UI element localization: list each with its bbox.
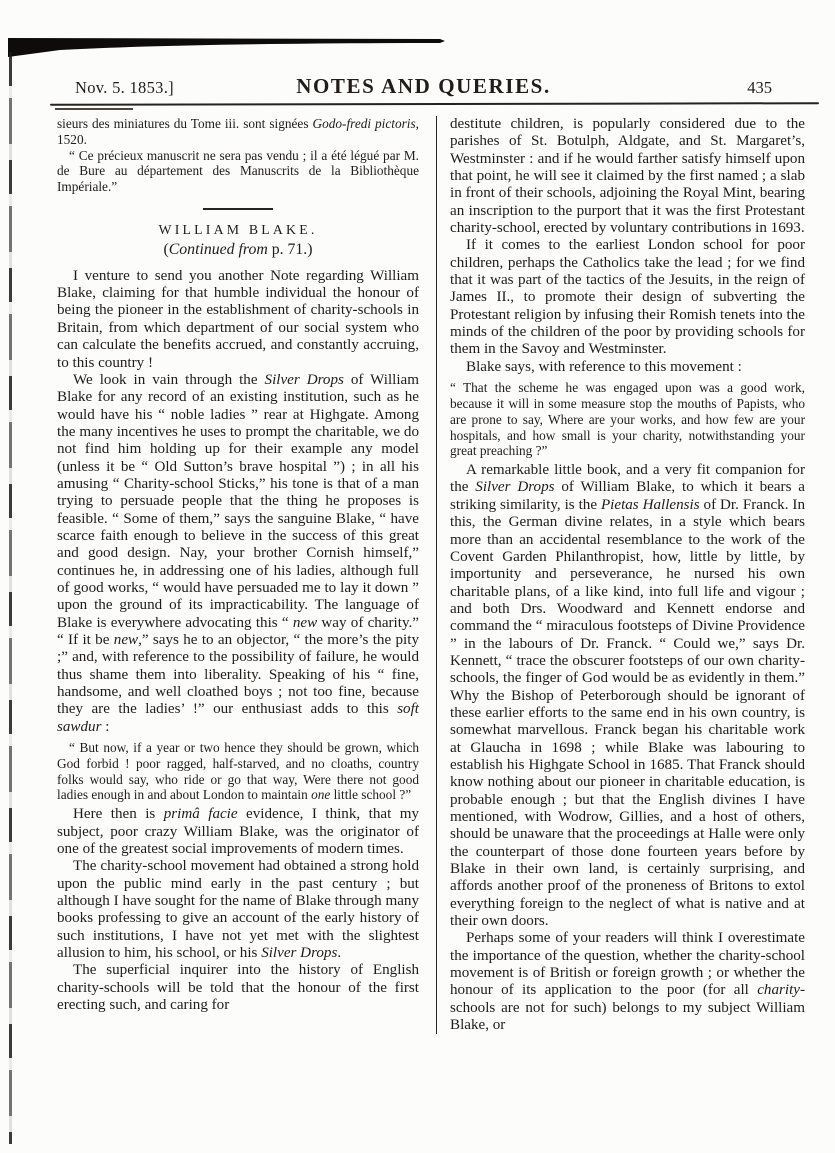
italic-text: new (114, 632, 138, 648)
masthead-rule-dash (55, 108, 133, 110)
issue-date: Nov. 5. 1853.] (75, 78, 247, 98)
text-run: If it comes to the earliest London schoo… (450, 237, 805, 357)
scanned-page: Nov. 5. 1853.] NOTES AND QUERIES. 435 si… (0, 0, 835, 1153)
right-column: destitute children, is popularly conside… (436, 116, 805, 1034)
paragraph: I venture to send you another Note regar… (57, 268, 419, 372)
french-quote-continuation: sieurs des miniatures du Tome iii. sont … (57, 116, 419, 148)
article-continuation-note: (Continued from p. 71.) (57, 241, 419, 259)
italic-text: Silver Drops (475, 479, 554, 495)
masthead-rule (50, 102, 819, 106)
text-run: little school ?” (330, 787, 411, 802)
text-run: p. 71.) (268, 241, 313, 258)
scan-artifact-left-edge (9, 52, 12, 1144)
italic-text: one (311, 787, 330, 802)
text-run: sieurs des miniatures du Tome iii. sont … (57, 116, 312, 131)
italic-text: primâ facie (164, 806, 238, 822)
paragraph: Here then is primâ facie evidence, I thi… (57, 806, 419, 858)
italic-text: Pietas Hallensis (601, 497, 700, 513)
blockquote: “ That the scheme he was engaged upon wa… (450, 380, 805, 459)
scan-artifact-top-wedge (0, 0, 460, 80)
section-separator-rule (203, 208, 273, 210)
article-title: WILLIAM BLAKE. (57, 222, 419, 238)
paragraph: A remarkable little book, and a very fit… (450, 462, 805, 930)
left-column: sieurs des miniatures du Tome iii. sont … (57, 116, 436, 1034)
text-run: destitute children, is popularly conside… (450, 116, 805, 236)
text-run: Blake says, with reference to this movem… (466, 359, 742, 375)
paragraph: Blake says, with reference to this movem… (450, 359, 805, 376)
text-run: . (337, 945, 341, 961)
paragraph: We look in vain through the Silver Drops… (57, 372, 419, 736)
text-run: of William Blake for any record of an ex… (57, 372, 419, 631)
paragraph: The charity-school movement had obtained… (57, 858, 419, 962)
paragraph: Perhaps some of your readers will think … (450, 930, 805, 1034)
italic-text: new (293, 615, 317, 631)
text-run: Here then is (73, 806, 164, 822)
paragraph: destitute children, is popularly conside… (450, 116, 805, 237)
text-run: “ That the scheme he was engaged upon wa… (450, 380, 805, 458)
italic-text: Silver Drops (265, 372, 344, 388)
text-run: I venture to send you another Note regar… (57, 268, 419, 371)
italic-text: Silver Drops (261, 945, 337, 961)
blockquote: “ But now, if a year or two hence they s… (57, 740, 419, 803)
text-run: “ Ce précieux manuscrit ne sera pas vend… (57, 148, 419, 195)
italic-text: charity (757, 982, 800, 998)
article-body: sieurs des miniatures du Tome iii. sont … (57, 116, 805, 1034)
text-run: We look in vain through the (73, 372, 265, 388)
paragraph: The superficial inquirer into the histor… (57, 962, 419, 1014)
italic-text: Godo-fredi pictoris (312, 116, 415, 131)
french-quote: “ Ce précieux manuscrit ne sera pas vend… (57, 148, 419, 195)
paragraph: If it comes to the earliest London schoo… (450, 237, 805, 358)
publication-title: NOTES AND QUERIES. (247, 74, 600, 99)
masthead: Nov. 5. 1853.] NOTES AND QUERIES. 435 (75, 74, 772, 99)
text-run: The superficial inquirer into the histor… (57, 962, 419, 1013)
italic-text: Continued from (169, 241, 268, 258)
text-run: Perhaps some of your readers will think … (450, 930, 805, 998)
text-run: of Dr. Franck. In this, the German divin… (450, 497, 805, 929)
text-run: The charity-school movement had obtained… (57, 858, 419, 961)
page-number: 435 (600, 78, 772, 98)
text-run: : (101, 719, 109, 735)
